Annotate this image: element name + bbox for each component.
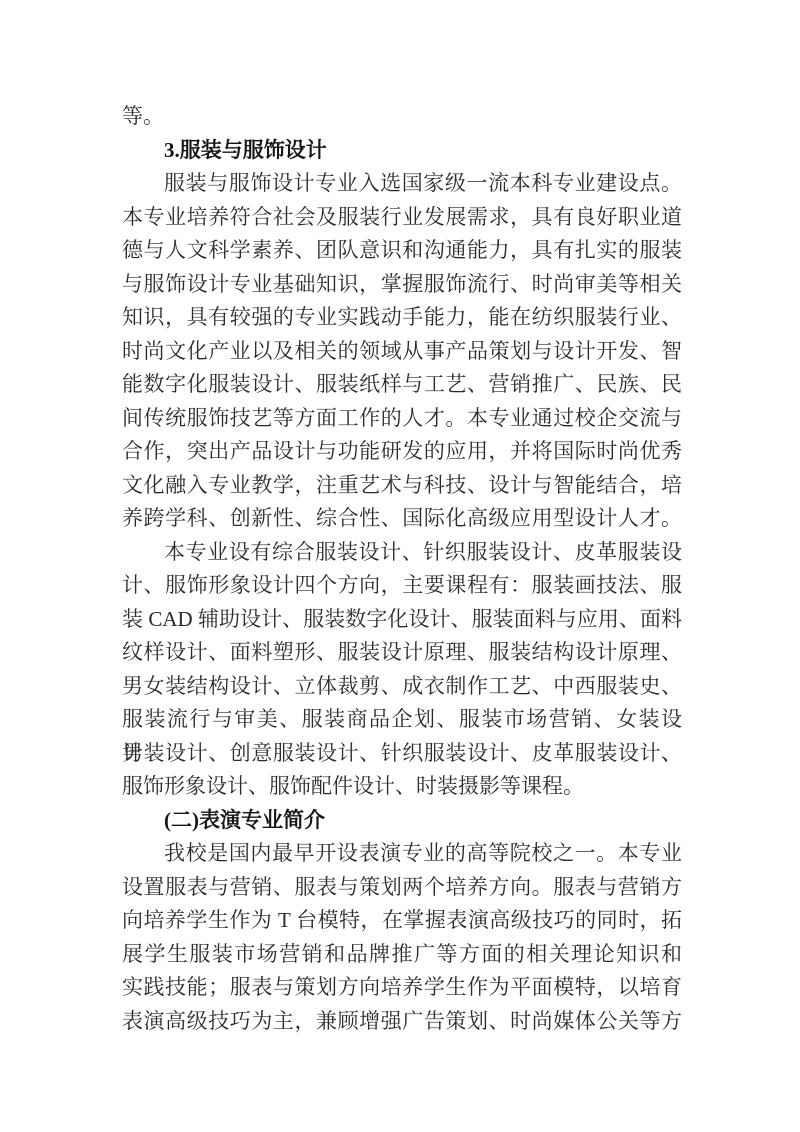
text-line: 向培养学生作为 T 台模特，在掌握表演高级技巧的同时，拓 xyxy=(122,904,682,938)
text-line: 男装设计、创意服装设计、针织服装设计、皮革服装设计、 xyxy=(122,737,682,771)
text-line: 时尚文化产业以及相关的领域从事产品策划与设计开发、智 xyxy=(122,335,682,369)
text-line: 服饰形象设计、服饰配件设计、时装摄影等课程。 xyxy=(122,770,682,804)
text-line: 与服饰设计专业基础知识，掌握服饰流行、时尚审美等相关 xyxy=(122,268,682,302)
text-line: 设置服表与营销、服表与策划两个培养方向。服表与营销方 xyxy=(122,871,682,905)
text-line: 知识，具有较强的专业实践动手能力，能在纺织服装行业、 xyxy=(122,301,682,335)
text-line: 能数字化服装设计、服装纸样与工艺、营销推广、民族、民 xyxy=(122,368,682,402)
text-line: 养跨学科、创新性、综合性、国际化高级应用型设计人才。 xyxy=(122,502,682,536)
text-line: 表演高级技巧为主，兼顾增强广告策划、时尚媒体公关等方 xyxy=(122,1005,682,1039)
document-text-block: 等。 3.服装与服饰设计 服装与服饰设计专业入选国家级一流本科专业建设点。 本专… xyxy=(122,100,682,1038)
text-line: 展学生服装市场营销和品牌推广等方面的相关理论知识和 xyxy=(122,938,682,972)
document-page: 等。 3.服装与服饰设计 服装与服饰设计专业入选国家级一流本科专业建设点。 本专… xyxy=(0,0,800,1132)
text-line: 本专业培养符合社会及服装行业发展需求，具有良好职业道 xyxy=(122,201,682,235)
text-line: 服装流行与审美、服装商品企划、服装市场营销、女装设计、 xyxy=(122,703,682,737)
text-line: 合作，突出产品设计与功能研发的应用，并将国际时尚优秀 xyxy=(122,435,682,469)
text-line: 本专业设有综合服装设计、针织服装设计、皮革服装设 xyxy=(122,536,682,570)
text-line: 计、服饰形象设计四个方向，主要课程有：服装画技法、服 xyxy=(122,569,682,603)
text-line: 男女装结构设计、立体裁剪、成衣制作工艺、中西服装史、 xyxy=(122,670,682,704)
text-line: 装 CAD 辅助设计、服装数字化设计、服装面料与应用、面料 xyxy=(122,603,682,637)
text-line: 服装与服饰设计专业入选国家级一流本科专业建设点。 xyxy=(122,167,682,201)
text-line: 德与人文科学素养、团队意识和沟通能力，具有扎实的服装 xyxy=(122,234,682,268)
text-line: 间传统服饰技艺等方面工作的人才。本专业通过校企交流与 xyxy=(122,402,682,436)
text-line: 实践技能；服表与策划方向培养学生作为平面模特，以培育 xyxy=(122,971,682,1005)
text-line: 纹样设计、面料塑形、服装设计原理、服装结构设计原理、 xyxy=(122,636,682,670)
heading-performance-major: (二)表演专业简介 xyxy=(122,804,682,838)
text-line: 我校是国内最早开设表演专业的高等院校之一。本专业 xyxy=(122,837,682,871)
heading-clothing-design: 3.服装与服饰设计 xyxy=(122,134,682,168)
text-line: 文化融入专业教学，注重艺术与科技、设计与智能结合，培 xyxy=(122,469,682,503)
text-line: 等。 xyxy=(122,100,682,134)
